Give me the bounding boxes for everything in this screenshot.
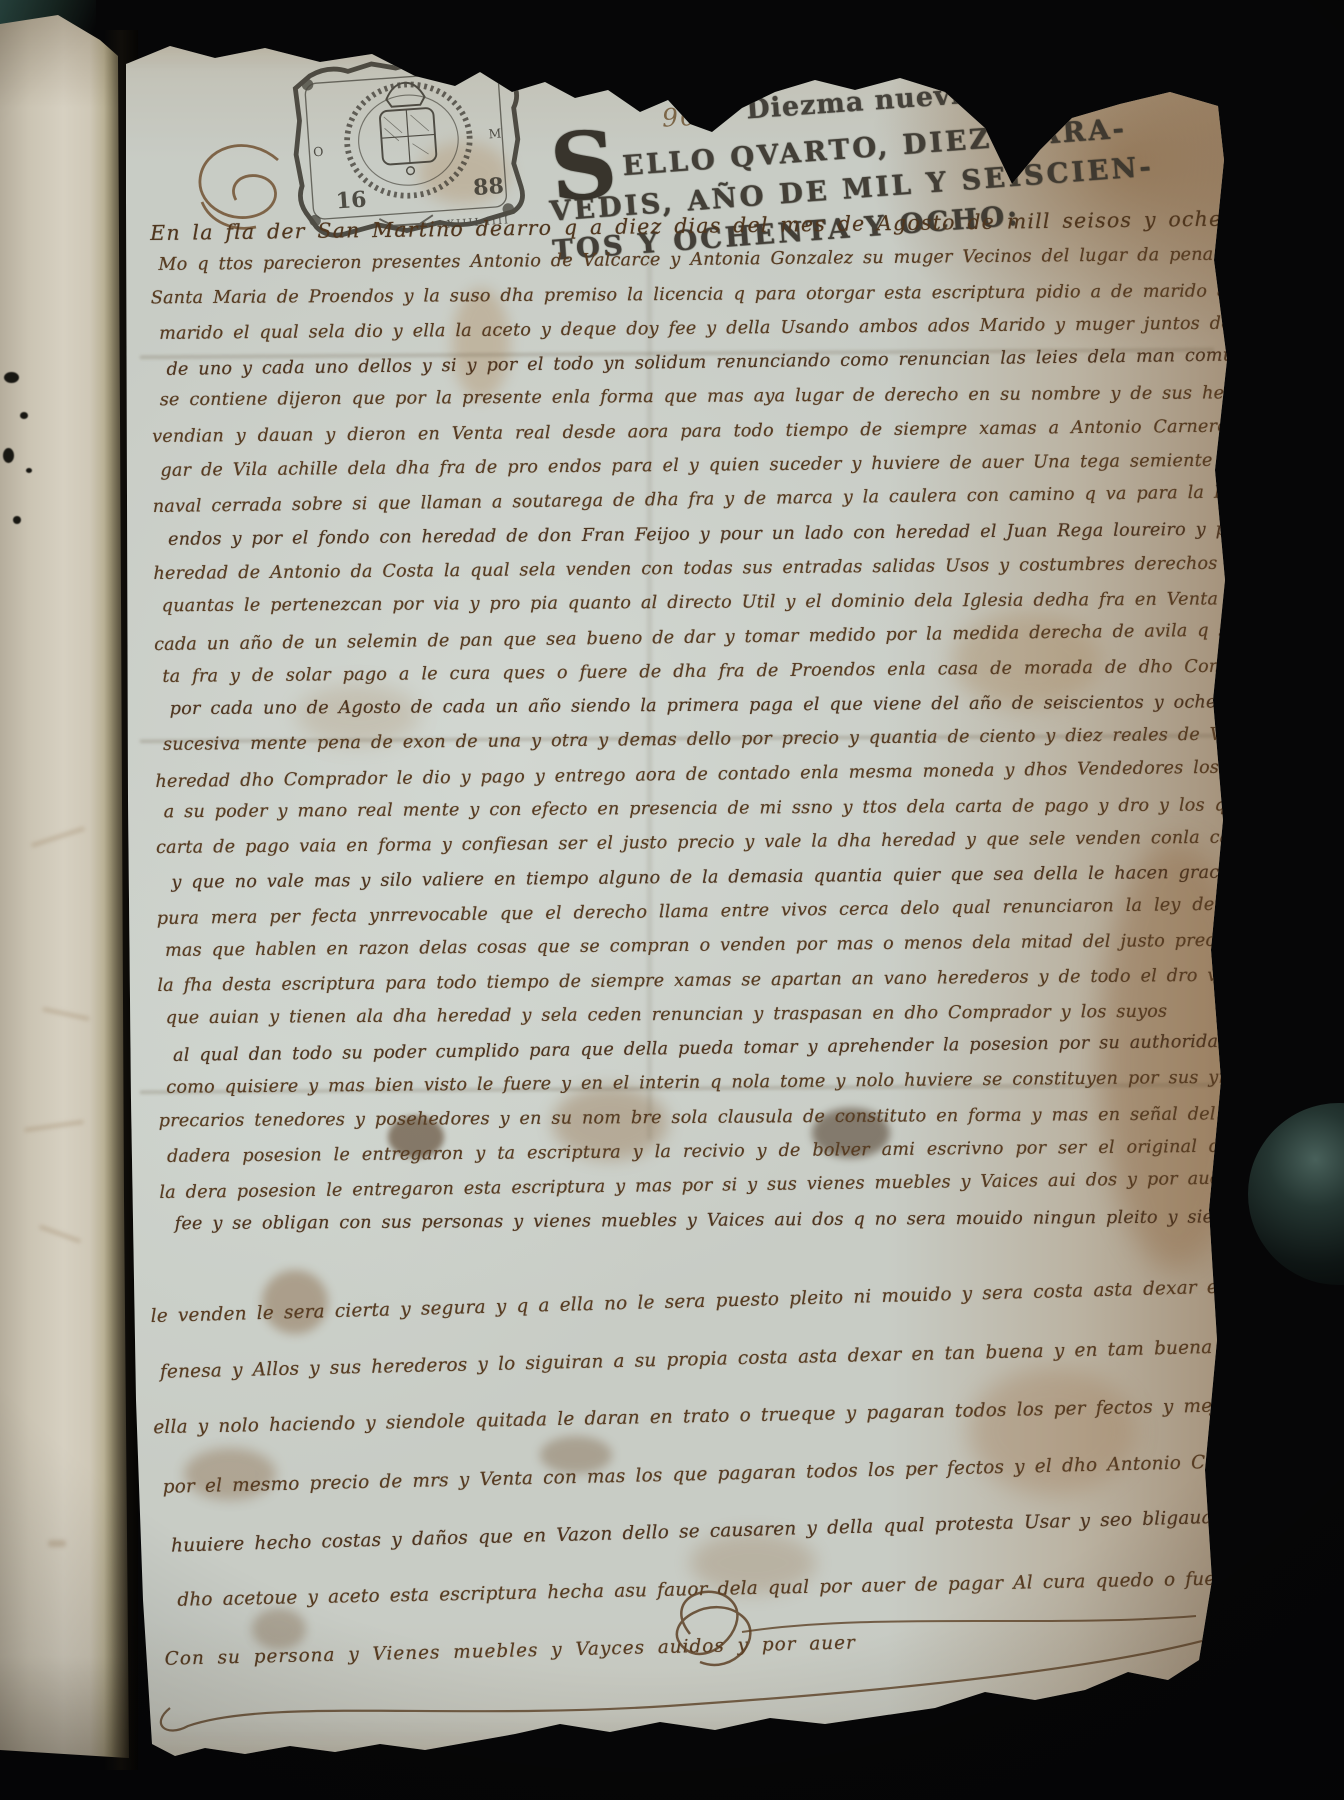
bleed-through-mark (39, 1225, 82, 1244)
manuscript-closing-block: le venden le sera cierta y segura y q a … (150, 1261, 1229, 1689)
manuscript-line: fee y se obligan con sus personas y vien… (175, 1200, 1230, 1241)
bleed-through-mark (24, 1120, 84, 1132)
paper-stain (418, 142, 510, 204)
bleed-through-mark (48, 1540, 66, 1547)
manuscript-photo: O M 16 88 XIIII IIII 909. Diezma nuevis:… (0, 0, 1344, 1800)
manuscript-line: por cada uno de Agosto de cada un año si… (170, 686, 1225, 727)
ink-speck (13, 516, 21, 524)
ink-speck (4, 372, 19, 383)
seal-top-cross (394, 57, 406, 69)
seal-year-left: 16 (335, 186, 367, 214)
manuscript-line: precarios tenedores y posehedores y en s… (159, 1097, 1229, 1138)
display-stand-knob (1248, 1103, 1344, 1285)
bleed-through-mark (31, 826, 85, 847)
seal-letter-left: O (313, 144, 324, 160)
manuscript-line: Santa Maria de Proendos y la suso dha pr… (151, 274, 1221, 315)
seal-letter-right: M (488, 125, 502, 141)
bleed-through-mark (42, 1007, 90, 1021)
ink-speck (20, 412, 28, 419)
tax-category-label: Diezma nuevis: (745, 78, 990, 126)
manuscript-main-block: En la fla der San Martino dearro q a die… (150, 204, 1230, 1243)
docket-number: 909. (661, 100, 726, 132)
manuscript-line: a su poder y mano real mente y con efect… (164, 788, 1226, 829)
ink-speck (3, 448, 14, 463)
ink-speck (26, 468, 32, 473)
manuscript-page: O M 16 88 XIIII IIII 909. Diezma nuevis:… (0, 0, 1344, 1800)
seal-crown (385, 81, 425, 107)
